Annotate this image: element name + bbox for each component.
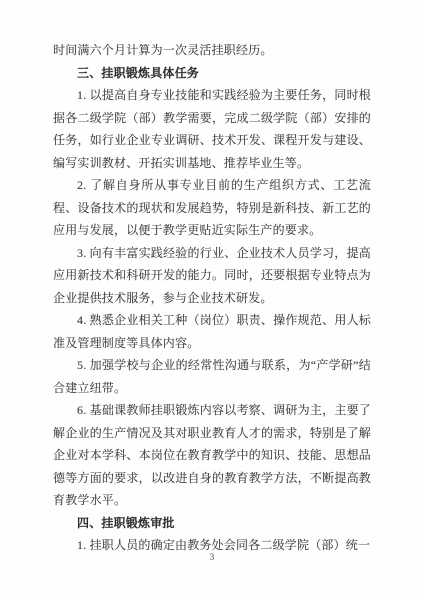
- paragraph: 4. 熟悉企业相关工种（岗位）职责、操作规范、用人标准及管理制度等具体内容。: [53, 309, 371, 354]
- paragraph: 1. 以提高自身专业技能和实践经验为主要任务，同时根据各二级学院（部）教学需要，…: [53, 84, 371, 174]
- document-body: 时间满六个月计算为一次灵活挂职经历。三、挂职锻炼具体任务1. 以提高自身专业技能…: [53, 39, 371, 557]
- page-number: 3: [0, 551, 424, 563]
- paragraph: 6. 基础课教师挂职锻炼内容以考察、调研为主，主要了解企业的生产情况及其对职业教…: [53, 399, 371, 512]
- paragraph: 时间满六个月计算为一次灵活挂职经历。: [53, 39, 371, 62]
- section-heading: 四、挂职锻炼审批: [53, 512, 371, 535]
- paragraph: 5. 加强学校与企业的经常性沟通与联系，为“产学研”结合建立纽带。: [53, 354, 371, 399]
- section-heading: 三、挂职锻炼具体任务: [53, 62, 371, 85]
- document-page: 时间满六个月计算为一次灵活挂职经历。三、挂职锻炼具体任务1. 以提高自身专业技能…: [0, 0, 424, 600]
- paragraph: 3. 向有丰富实践经验的行业、企业技术人员学习，提高应用新技术和科研开发的能力。…: [53, 242, 371, 310]
- paragraph: 2. 了解自身所从事专业目前的生产组织方式、工艺流程、设备技术的现状和发展趋势，…: [53, 174, 371, 242]
